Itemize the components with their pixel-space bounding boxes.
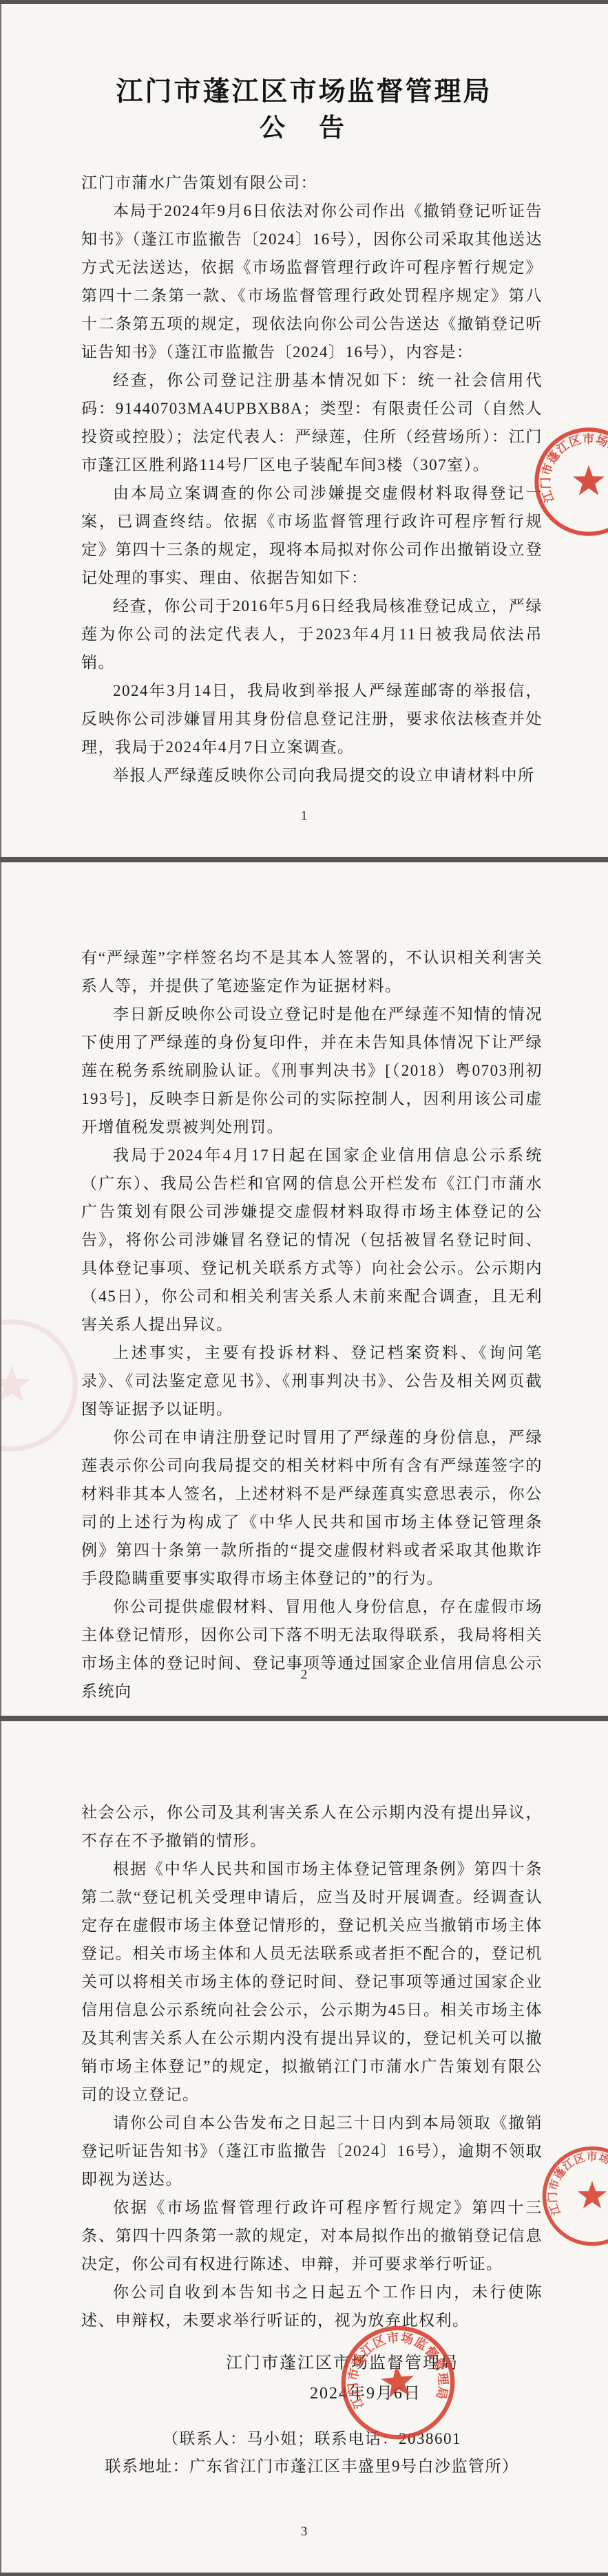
body-paragraph: 你公司自收到本告知书之日起五个工作日内，未行使陈述、申辩权，未要求举行听证的，视… — [81, 2278, 543, 2334]
page-3-text: 社会公示，你公司及其利害关系人在公示期内没有提出异议，不存在不予撤销的情形。 根… — [81, 1798, 543, 2480]
body-paragraph: 请你公司自本公告发布之日起三十日内到本局领取《撤销登记听证告知书》（蓬江市监撤告… — [81, 2109, 543, 2193]
document-subtitle: 公 告 — [0, 112, 608, 145]
body-paragraph: 经查，你公司登记注册基本情况如下：统一社会信用代码：91440703MA4UPB… — [81, 366, 543, 479]
document-title: 江门市蓬江区市场监督管理局 — [0, 75, 608, 109]
body-paragraph: 上述事实，主要有投诉材料、登记档案资料、《询问笔录》、《司法鉴定意见书》、《刑事… — [81, 1339, 543, 1423]
page-divider — [0, 1716, 608, 1721]
page-1-text: 江门市蒲水广告策划有限公司： 本局于2024年9月6日依法对你公司作出《撤销登记… — [81, 169, 543, 789]
page-1: 江门市蓬江区市场监督管理局 公 告 江门市蒲水广告策划有限公司： 本局于2024… — [0, 4, 608, 857]
contact-person-line: （联系人：马小姐；联系电话：2038601 — [81, 2425, 543, 2453]
addressee-line: 江门市蒲水广告策划有限公司： — [81, 169, 543, 197]
document-scan: 江门市蓬江区市场监督管理局 公 告 江门市蒲水广告策划有限公司： 本局于2024… — [0, 0, 608, 2576]
body-paragraph: 你公司在申请注册登记时冒用了严绿莲的身份信息，严绿莲表示你公司向我局提交的相关材… — [81, 1423, 543, 1593]
scan-bottom-edge — [0, 2573, 608, 2576]
body-paragraph: 由本局立案调查的你公司涉嫌提交虚假材料取得登记一案，已调查终结。依据《市场监督管… — [81, 479, 543, 592]
signature-date: 2024年9月6日 — [81, 2378, 543, 2409]
body-paragraph: 依据《市场监督管理行政许可程序暂行规定》第四十三条、第四十四条第一款的规定，对本… — [81, 2193, 543, 2278]
body-paragraph: 本局于2024年9月6日依法对你公司作出《撤销登记听证告知书》（蓬江市监撤告〔2… — [81, 197, 543, 366]
page-3: 社会公示，你公司及其利害关系人在公示期内没有提出异议，不存在不予撤销的情形。 根… — [0, 1721, 608, 2573]
page-divider — [0, 857, 608, 862]
body-paragraph: 我局于2024年4月17日起在国家企业信用信息公示系统（广东）、我局公告栏和官网… — [81, 1141, 543, 1339]
body-paragraph: 你公司提供虚假材料、冒用他人身份信息，存在虚假市场主体登记情形，因你公司下落不明… — [81, 1593, 543, 1705]
body-paragraph: 社会公示，你公司及其利害关系人在公示期内没有提出异议，不存在不予撤销的情形。 — [81, 1798, 543, 1855]
page-2-text: 有“严绿莲”字样签名均不是其本人签署的，不认识相关利害关系人等，并提供了笔迹鉴定… — [81, 944, 543, 1705]
body-paragraph: 李日新反映你公司设立登记时是他在严绿莲不知情的情况下使用了严绿莲的身份复印件，并… — [81, 1000, 543, 1141]
contact-address-line: 联系地址：广东省江门市蓬江区丰盛里9号白沙监管所） — [81, 2453, 543, 2480]
page-2: 有“严绿莲”字样签名均不是其本人签署的，不认识相关利害关系人等，并提供了笔迹鉴定… — [0, 862, 608, 1716]
body-paragraph: 经查，你公司于2016年5月6日经我局核准登记成立，严绿莲为你公司的法定代表人，… — [81, 592, 543, 677]
body-paragraph: 有“严绿莲”字样签名均不是其本人签署的，不认识相关利害关系人等，并提供了笔迹鉴定… — [81, 944, 543, 1000]
page-number: 2 — [0, 1668, 608, 1683]
body-paragraph: 举报人严绿莲反映你公司向我局提交的设立申请材料中所 — [81, 761, 543, 789]
page-number: 3 — [0, 2524, 608, 2540]
body-paragraph: 根据《中华人民共和国市场主体登记管理条例》第四十条第二款“登记机关受理申请后，应… — [81, 1855, 543, 2109]
page-number: 1 — [0, 809, 608, 824]
body-paragraph: 2024年3月14日，我局收到举报人严绿莲邮寄的举报信，反映你公司涉嫌冒用其身份… — [81, 677, 543, 761]
signature-agency: 江门市蓬江区市场监督管理局 — [81, 2348, 543, 2378]
